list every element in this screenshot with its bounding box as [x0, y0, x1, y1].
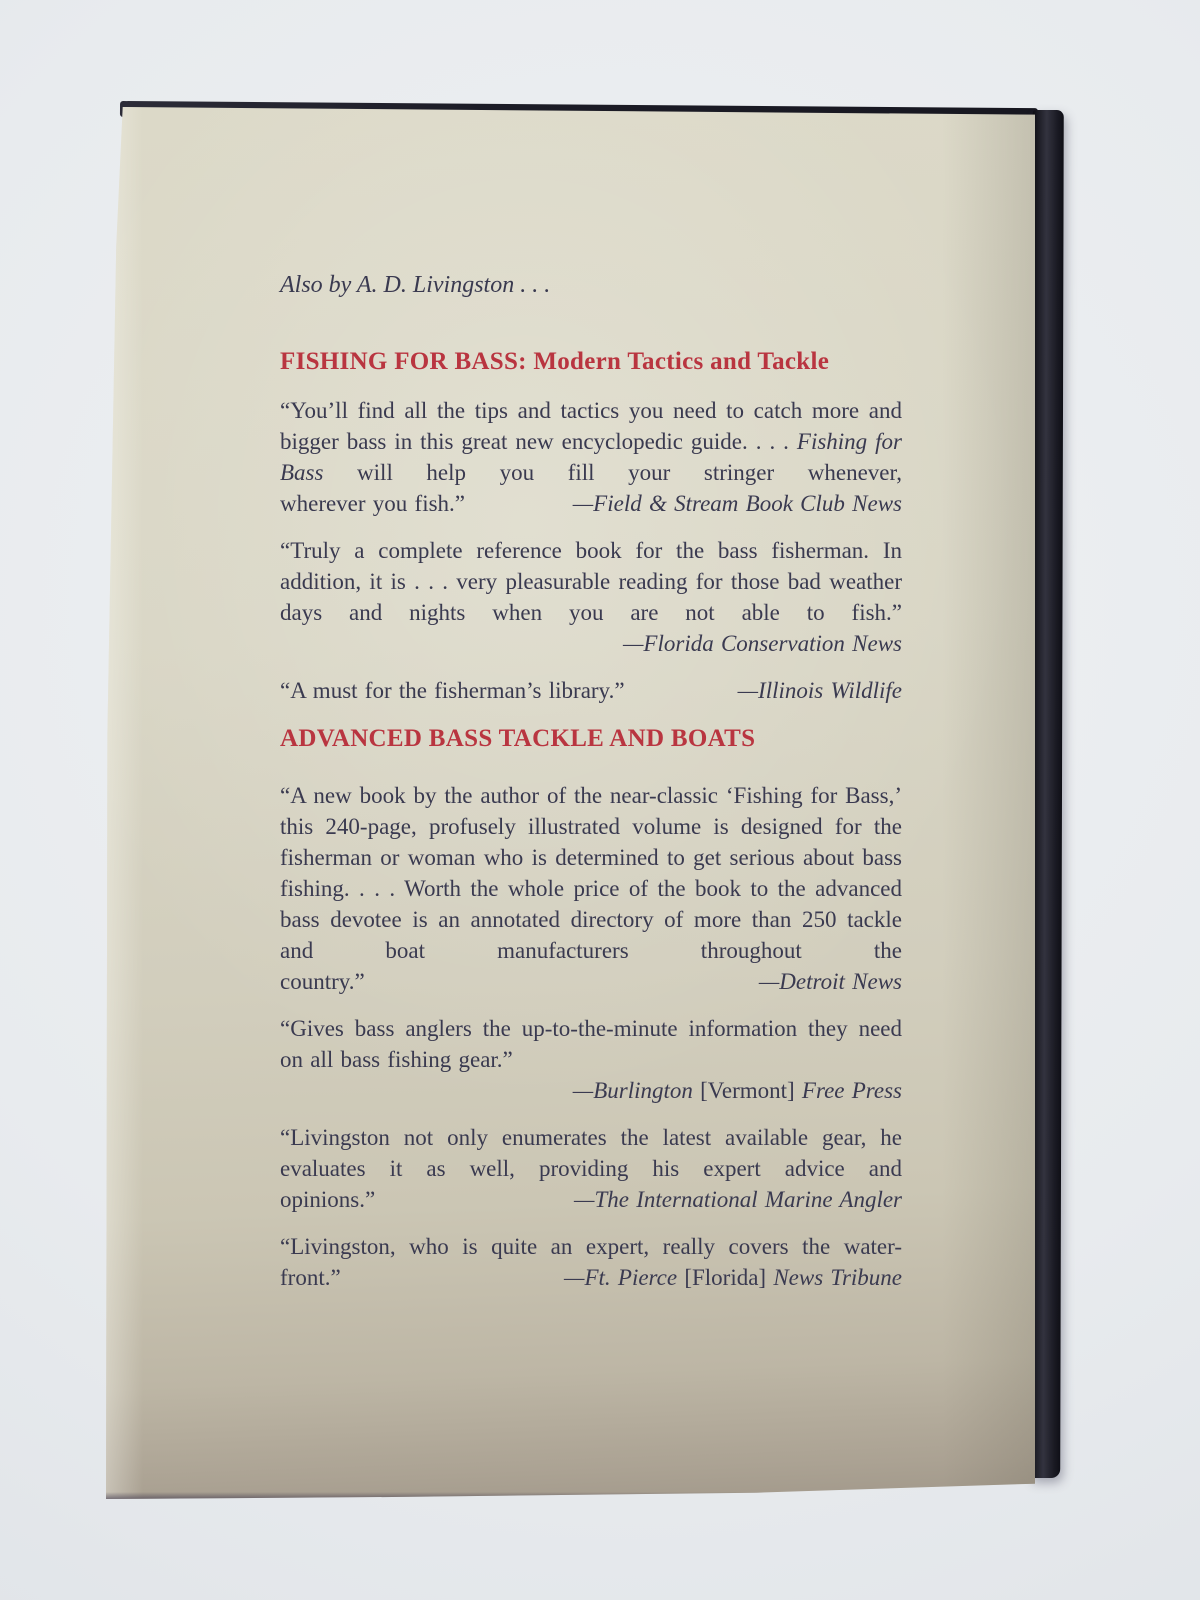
- quote-florida-attribution-line: —Florida Conservation News: [280, 628, 902, 659]
- jacket-text-block: Also by A. D. Livingston . . . FISHING F…: [280, 270, 902, 1309]
- quote-marine-angler-body: “Livingston not only enumerates the late…: [280, 1122, 902, 1184]
- quote-attribution: News Tribune: [773, 1265, 902, 1290]
- quote-attribution: Free Press: [802, 1078, 902, 1103]
- quote-text: front.”: [280, 1262, 341, 1293]
- quote-text: will help you fill your stringer wheneve…: [323, 460, 902, 485]
- photo-background: Also by A. D. Livingston . . . FISHING F…: [0, 0, 1200, 1600]
- quote-attribution: —Florida Conservation News: [623, 631, 902, 656]
- quote-text: opinions.”: [280, 1184, 375, 1215]
- quote-ft-pierce-body: “Livingston, who is quite an expert, rea…: [280, 1231, 902, 1262]
- quote-ft-pierce-lastline: front.” —Ft. Pierce [Florida] News Tribu…: [280, 1262, 902, 1293]
- quote-attribution: —Illinois Wildlife: [738, 675, 902, 706]
- quote-attribution: —The International Marine Angler: [574, 1184, 902, 1215]
- quote-attribution: —Field & Stream Book Club News: [573, 488, 902, 519]
- quote-attribution: —Burlington: [573, 1078, 700, 1103]
- quote-detroit-body: “A new book by the author of the near-cl…: [280, 780, 902, 966]
- quote-attribution-bracket: [Florida]: [684, 1265, 773, 1290]
- quote-marine-angler-lastline: opinions.” —The International Marine Ang…: [280, 1184, 902, 1215]
- quote-attribution-group: —Ft. Pierce [Florida] News Tribune: [564, 1262, 902, 1293]
- quote-burlington-body: “Gives bass anglers the up-to-the-minute…: [280, 1013, 902, 1075]
- quote-illinois-line: “A must for the fisherman’s library.” —I…: [280, 675, 902, 706]
- quote-detroit-lastline: country.” —Detroit News: [280, 966, 902, 997]
- quote-florida-body: “Truly a complete reference book for the…: [280, 535, 902, 628]
- quote-text: “A must for the fisherman’s library.”: [280, 675, 625, 706]
- quote-attribution: —Detroit News: [759, 966, 902, 997]
- quote-attribution-bracket: [Vermont]: [700, 1078, 802, 1103]
- dust-jacket-back-panel: Also by A. D. Livingston . . . FISHING F…: [106, 107, 1035, 1499]
- quote-text: country.”: [280, 966, 365, 997]
- quote-field-stream-body: “You’ll find all the tips and tactics yo…: [280, 395, 902, 488]
- section-heading-advanced-bass: ADVANCED BASS TACKLE AND BOATS: [280, 722, 902, 756]
- also-by-line: Also by A. D. Livingston . . .: [280, 270, 902, 301]
- section-heading-fishing-for-bass: FISHING FOR BASS: Modern Tactics and Tac…: [280, 345, 902, 379]
- quote-field-stream-lastline: wherever you fish.” —Field & Stream Book…: [280, 488, 902, 519]
- quote-text: wherever you fish.”: [280, 488, 465, 519]
- quote-burlington-attribution-line: —Burlington [Vermont] Free Press: [280, 1075, 902, 1106]
- quote-attribution: —Ft. Pierce: [564, 1265, 684, 1290]
